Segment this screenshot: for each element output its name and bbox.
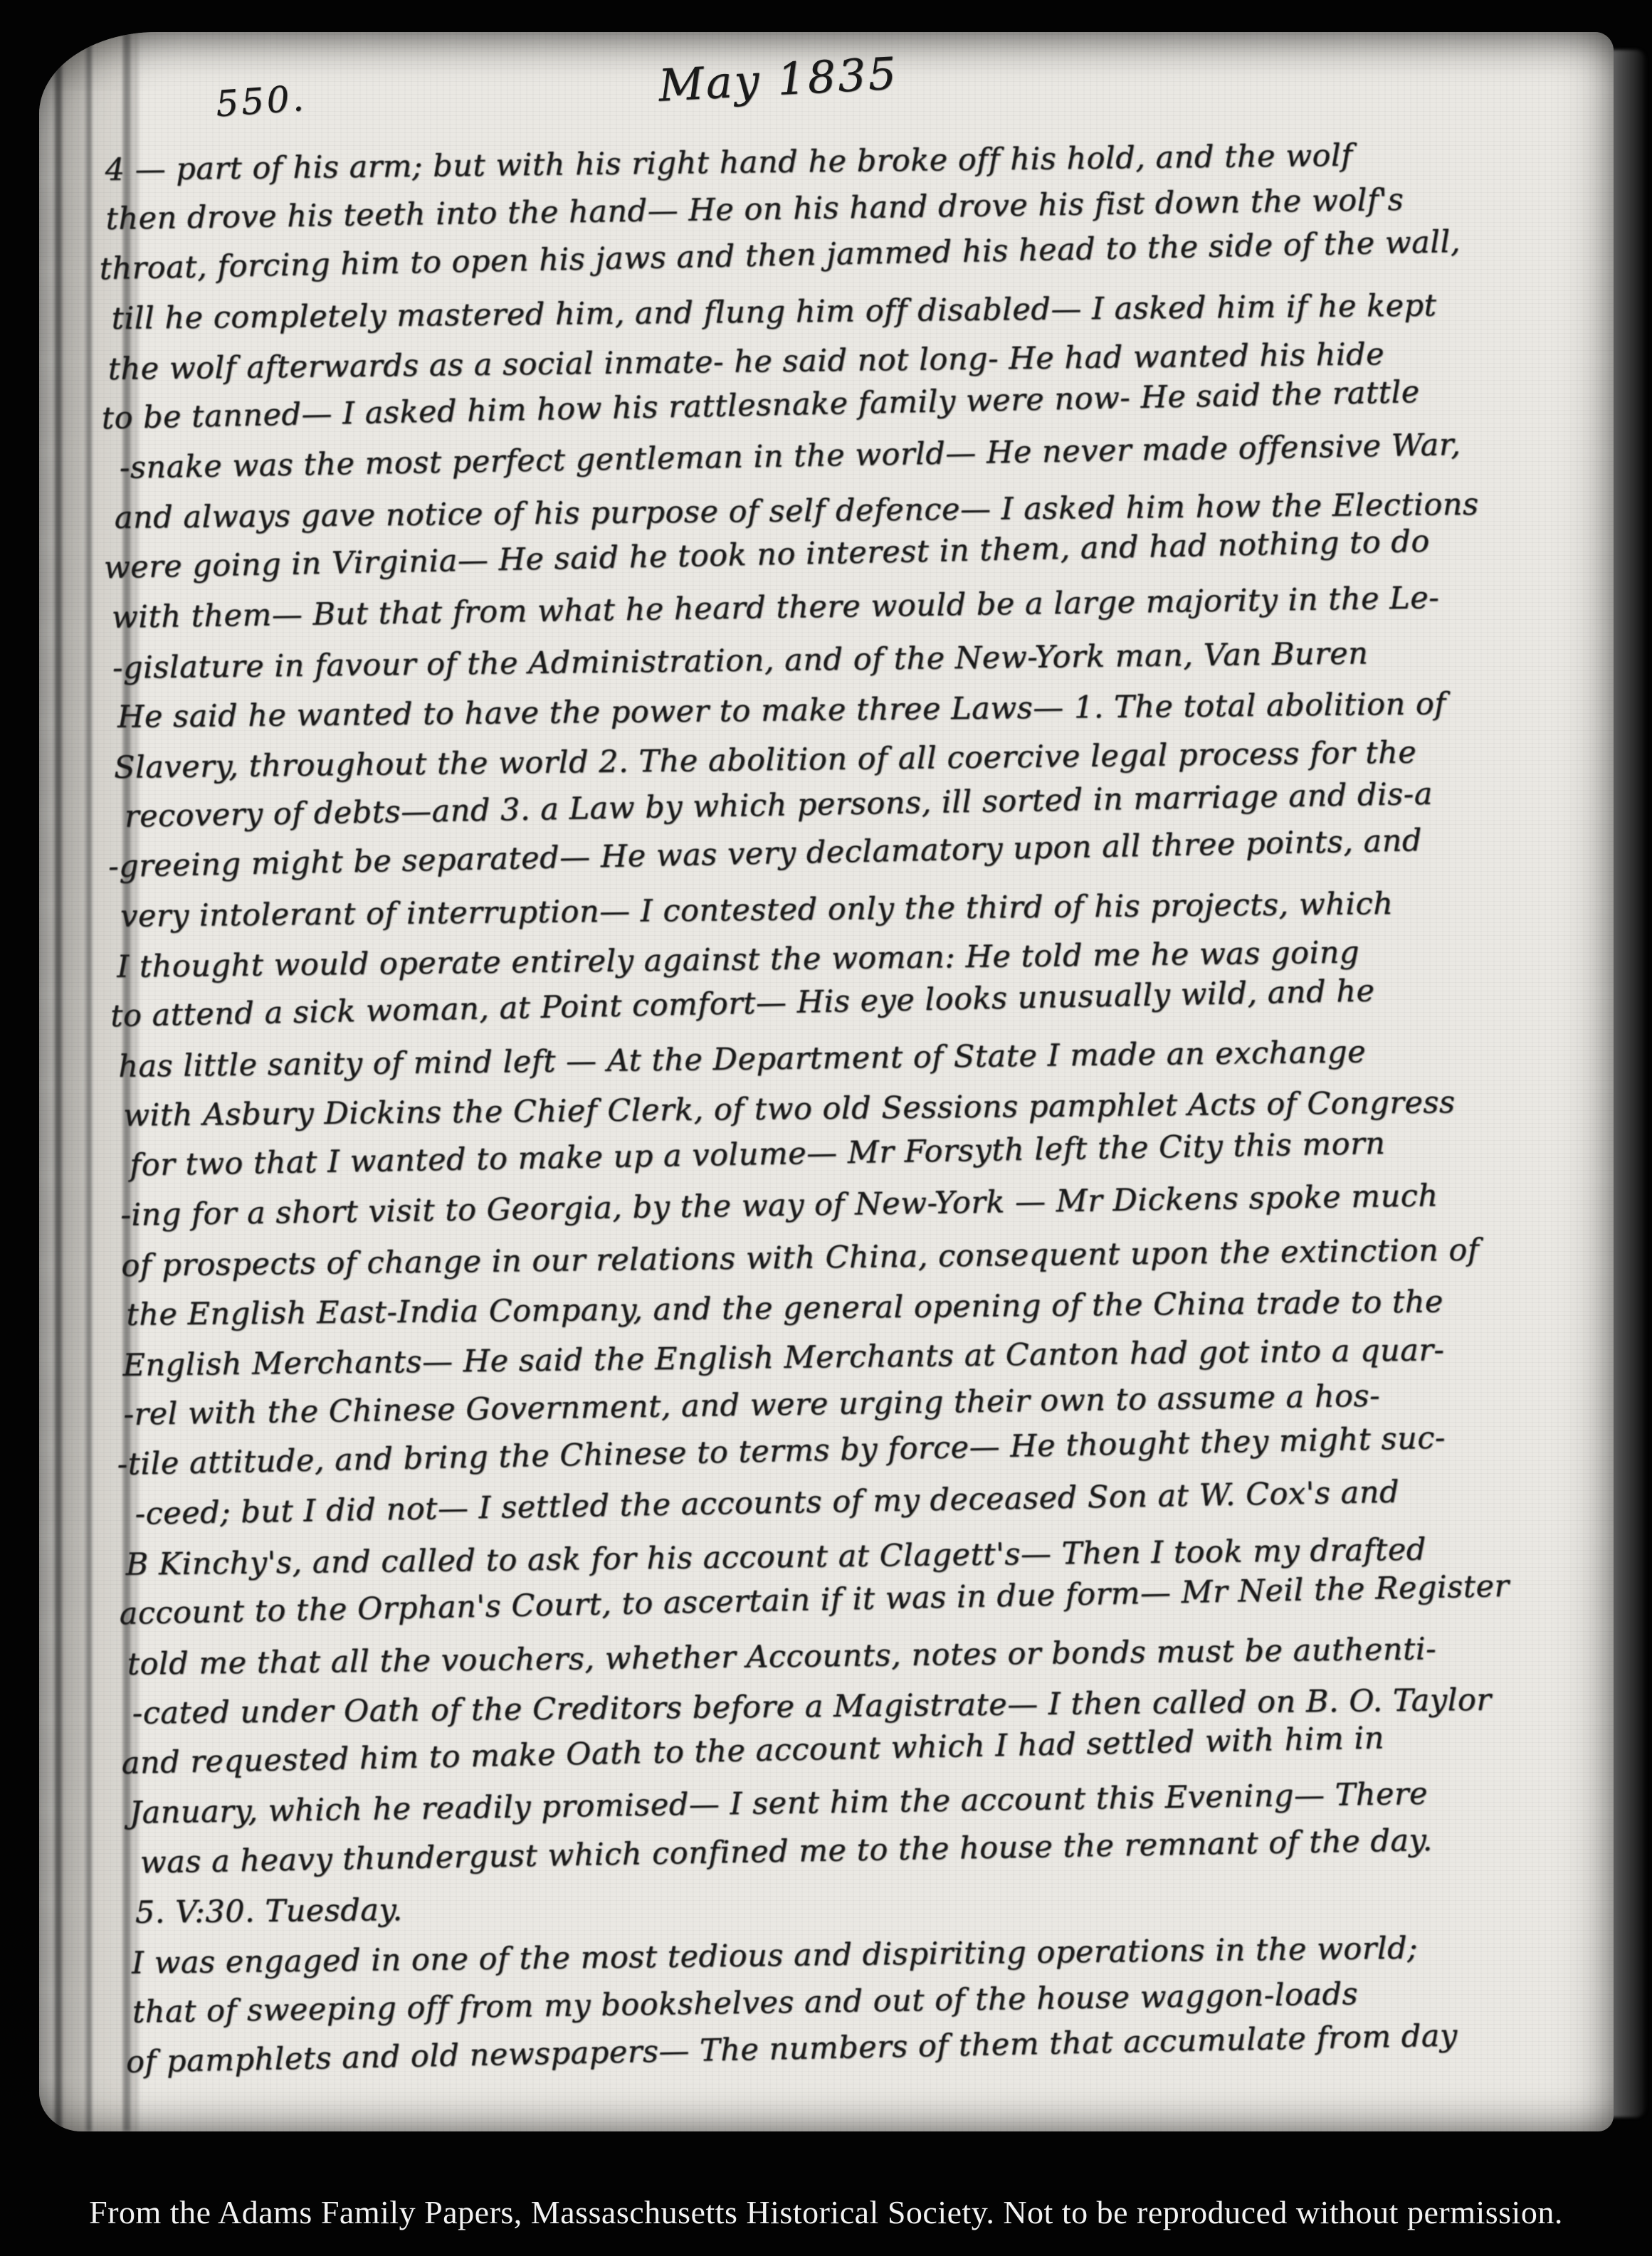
date-header: May 1835: [657, 47, 899, 112]
scanned-manuscript-page: 550. May 1835 4 — part of his arm; but w…: [39, 32, 1614, 2131]
manuscript-text-block: 4 — part of his arm; but with his right …: [105, 122, 1614, 2087]
page-number: 550.: [214, 78, 307, 125]
scan-viewport: 550. May 1835 4 — part of his arm; but w…: [0, 0, 1652, 2256]
copyright-caption: From the Adams Family Papers, Massaschus…: [0, 2193, 1652, 2231]
